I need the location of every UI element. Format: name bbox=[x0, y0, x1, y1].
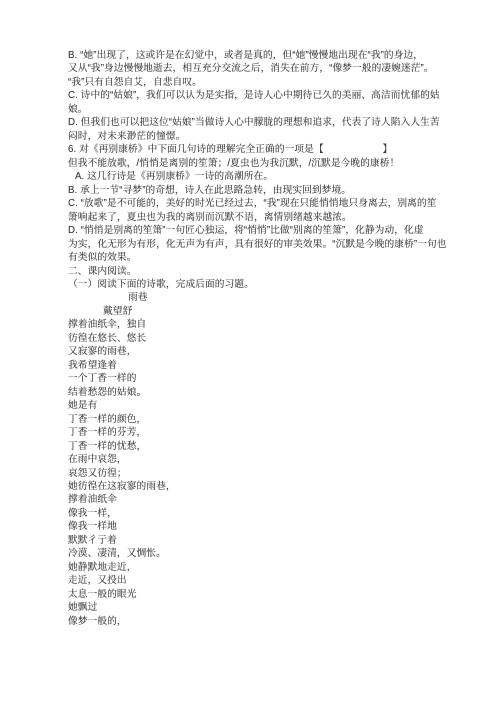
text-line: 结着愁怨的姑娘。 bbox=[68, 386, 448, 399]
text-line: 有类似的效果。 bbox=[68, 251, 448, 264]
text-line: C. 诗中的“姑娘”，我们可以认为是实指，是诗人心中期待已久的美丽、高洁而忧郁的… bbox=[68, 89, 448, 102]
question5-options-section: B. “她”出现了，这或许是在幻觉中，或者是真的，但“她”慢慢地出现在“我”的身… bbox=[68, 49, 448, 143]
text-line: A. 这几行诗是《再别康桥》一诗的高潮所在。 bbox=[68, 170, 448, 183]
text-line: C. “放歌”是不可能的，美好的时光已经过去，“我”现在只能悄悄地只身离去，别离… bbox=[68, 197, 448, 210]
text-line: D. “悄悄是别离的笙箫”一句匠心独运，将“悄悄”比做“别离的笙箫”，化静为动，… bbox=[68, 224, 448, 237]
text-line: 为实，化无形为有形，化无声为有声，具有很好的审美效果。“沉默是今晚的康桥”一句也 bbox=[68, 238, 448, 251]
text-line: D. 但我们也可以把这位“姑娘”当做诗人心中朦胧的理想和追求，代表了诗人陷入人生… bbox=[68, 116, 448, 129]
text-line: 她是有 bbox=[68, 399, 448, 412]
question6-section: 6. 对《再别康桥》中下面几句诗的理解完全正确的一项是【 】但我不能放歌，/悄悄… bbox=[68, 143, 448, 264]
text-line: 她彷徨在这寂寥的雨巷， bbox=[68, 480, 448, 493]
text-line: （一）阅读下面的诗歌，完成后面的习题。 bbox=[68, 278, 448, 291]
text-line: 娘。 bbox=[68, 103, 448, 116]
text-line: 雨巷 bbox=[68, 291, 448, 304]
text-line: 又从“我”身边慢慢地逝去，相互充分交流之后，消失在前方，“像梦一般的凄婉迷茫”。 bbox=[68, 62, 448, 75]
part2-heading-section: 二、课内阅读。（一）阅读下面的诗歌，完成后面的习题。 bbox=[68, 265, 448, 292]
worksheet-page: B. “她”出现了，这或许是在幻觉中，或者是真的，但“她”慢慢地出现在“我”的身… bbox=[0, 0, 500, 707]
text-line: 像梦一般的， bbox=[68, 615, 448, 628]
text-line: 她静默地走近， bbox=[68, 561, 448, 574]
text-line: 冷漠、凄清，又惆怅。 bbox=[68, 547, 448, 560]
text-line: 又寂寥的雨巷， bbox=[68, 345, 448, 358]
text-line: 哀怨又彷徨； bbox=[68, 467, 448, 480]
text-line: 丁香一样的芬芳， bbox=[68, 426, 448, 439]
document-text-block: B. “她”出现了，这或许是在幻觉中，或者是真的，但“她”慢慢地出现在“我”的身… bbox=[68, 49, 448, 628]
text-line: 闷时，对未来渺茫的憧憬。 bbox=[68, 130, 448, 143]
text-line: 默默彳亍着 bbox=[68, 534, 448, 547]
text-line: 一个丁香一样的 bbox=[68, 372, 448, 385]
text-line: 撑着油纸伞 bbox=[68, 493, 448, 506]
text-line: 太息一般的眼光 bbox=[68, 588, 448, 601]
text-line: 她飘过 bbox=[68, 601, 448, 614]
text-line: B. “她”出现了，这或许是在幻觉中，或者是真的，但“她”慢慢地出现在“我”的身… bbox=[68, 49, 448, 62]
poem-title-section: 雨巷戴望舒 bbox=[68, 291, 448, 318]
text-line: 戴望舒 bbox=[68, 305, 448, 318]
text-line: 二、课内阅读。 bbox=[68, 265, 448, 278]
text-line: 像我一样， bbox=[68, 507, 448, 520]
text-line: 像我一样地 bbox=[68, 520, 448, 533]
text-line: 在雨中哀怨， bbox=[68, 453, 448, 466]
text-line: 走近，又投出 bbox=[68, 574, 448, 587]
text-line: B. 承上一节“寻梦”的奇想，诗人在此思路急转，由现实回到梦境。 bbox=[68, 184, 448, 197]
text-line: 丁香一样的忧愁， bbox=[68, 440, 448, 453]
poem-body-section: 撑着油纸伞，独自彷徨在悠长、悠长又寂寥的雨巷，我希望逢着一个丁香一样的结着愁怨的… bbox=[68, 318, 448, 628]
text-line: 彷徨在悠长、悠长 bbox=[68, 332, 448, 345]
text-line: 但我不能放歌，/悄悄是离别的笙箫；/夏虫也为我沉默，/沉默是今晚的康桥！ bbox=[68, 157, 448, 170]
text-line: 6. 对《再别康桥》中下面几句诗的理解完全正确的一项是【 】 bbox=[68, 143, 448, 156]
text-line: 丁香一样的颜色， bbox=[68, 413, 448, 426]
text-line: “我”只有自怨自艾，自悲自叹。 bbox=[68, 76, 448, 89]
text-line: 我希望逢着 bbox=[68, 359, 448, 372]
text-line: 撑着油纸伞，独自 bbox=[68, 318, 448, 331]
text-line: 箫响起来了，夏虫也为我的离别而沉默不语，离情别绪越来越浓。 bbox=[68, 211, 448, 224]
